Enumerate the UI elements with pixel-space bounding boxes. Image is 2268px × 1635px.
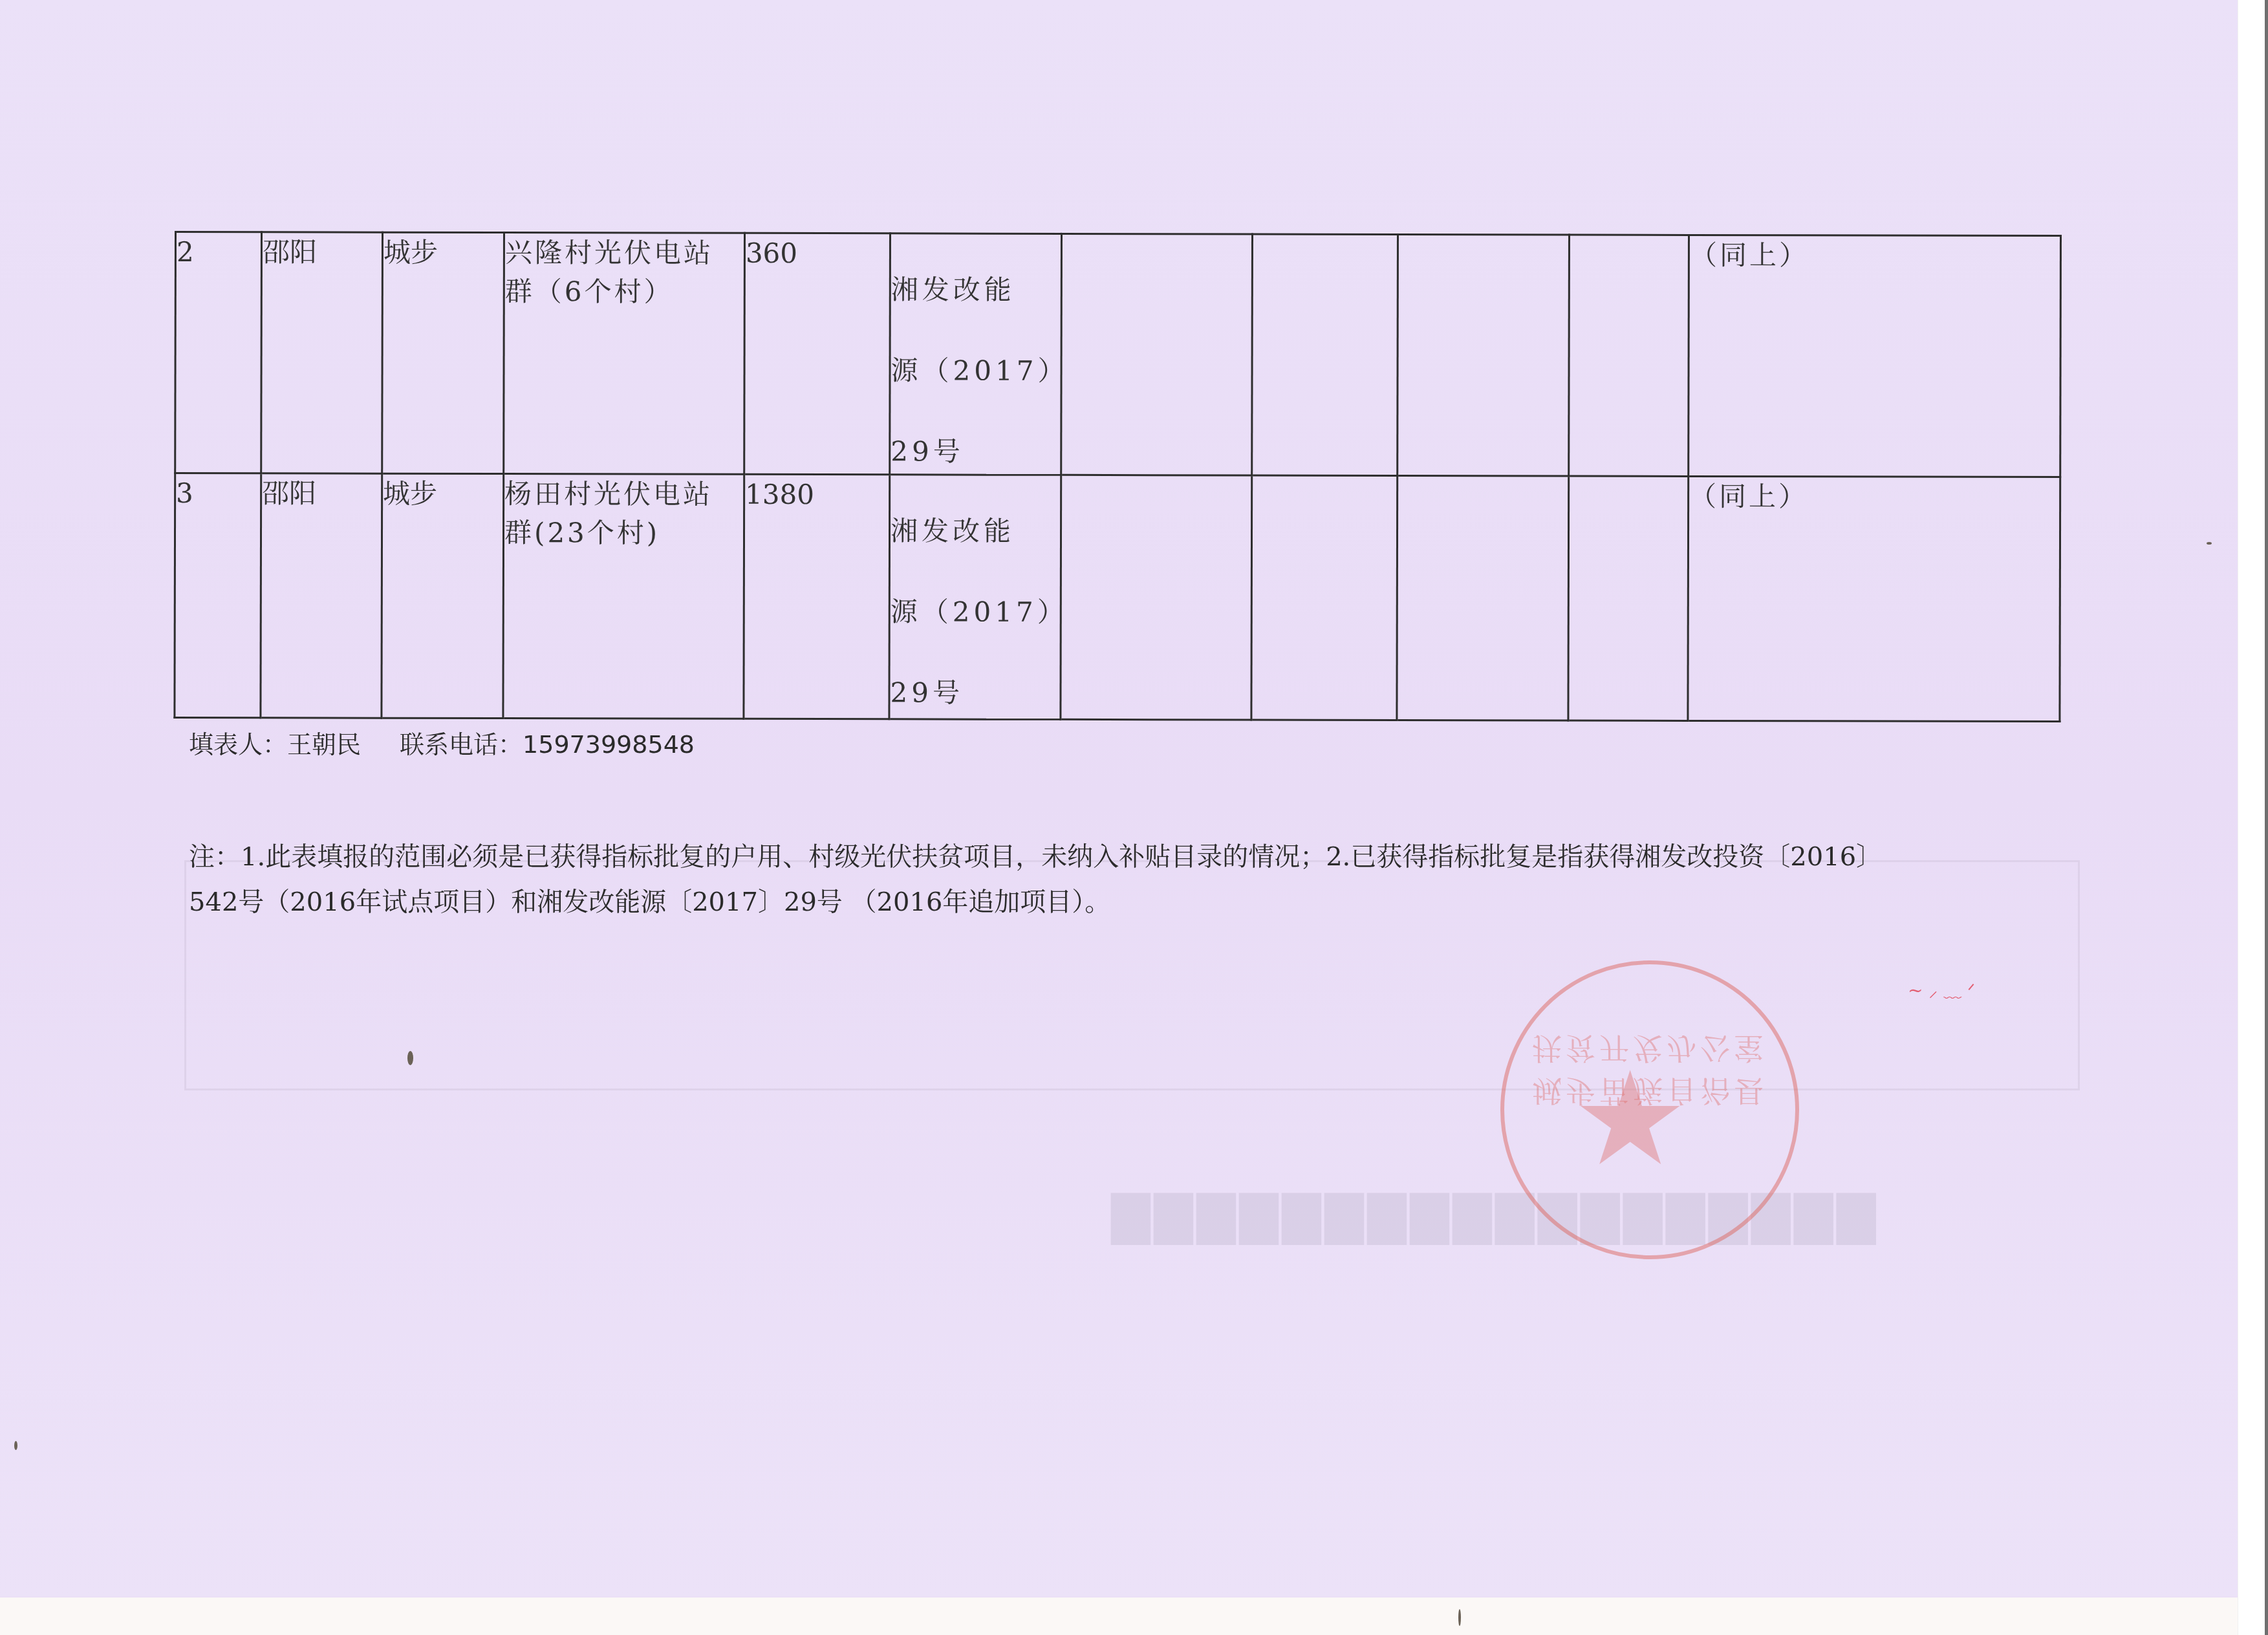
- cell-no: 3: [175, 473, 261, 718]
- cell-empty: [1251, 475, 1398, 720]
- projects-table: 2 邵阳 城步 兴隆村光伏电站 群（6个村） 360 湘发改能 源（2017） …: [173, 231, 2062, 722]
- approval-doc-line: 湘发改能: [891, 512, 1060, 551]
- project-name-line: 群（6个村）: [505, 272, 744, 312]
- cell-remark: （同上）: [1688, 476, 2060, 721]
- cell-empty: [1398, 234, 1570, 476]
- cell-empty: [1252, 234, 1398, 475]
- cell-project-name: 杨田村光伏电站 群(23个村): [503, 474, 744, 719]
- scan-speck: [407, 1051, 413, 1065]
- cell-project-name: 兴隆村光伏电站 群（6个村）: [504, 233, 745, 475]
- cell-no: 2: [175, 232, 262, 473]
- cell-empty: [1061, 475, 1252, 720]
- footnote: 注：1.此表填报的范围必须是已获得指标批复的户用、村级光伏扶贫项目，未纳入补贴目…: [189, 834, 2064, 925]
- scan-speck: [2207, 542, 2212, 545]
- project-name-line: 群(23个村): [504, 514, 743, 553]
- approval-doc-line: 源（2017）: [891, 592, 1060, 632]
- cell-empty: [1061, 233, 1253, 475]
- cell-town: 城步: [382, 473, 504, 718]
- cell-empty: [1569, 235, 1689, 476]
- scan-margin-bottom: [0, 1597, 2238, 1635]
- cell-remark: （同上）: [1689, 235, 2061, 477]
- phone-label: 联系电话：: [400, 730, 523, 759]
- cell-capacity: 1380: [744, 474, 890, 719]
- project-name-line: 杨田村光伏电站: [504, 475, 743, 514]
- cell-approval-doc: 湘发改能 源（2017） 29号: [890, 233, 1062, 475]
- table-row: 3 邵阳 城步 杨田村光伏电站 群(23个村) 1380 湘发改能 源（2017…: [175, 473, 2060, 722]
- approval-doc-line: 源（2017）: [891, 351, 1060, 391]
- cell-empty: [1568, 476, 1689, 720]
- table-row: 2 邵阳 城步 兴隆村光伏电站 群（6个村） 360 湘发改能 源（2017） …: [175, 232, 2061, 477]
- red-ink-mark: ~ ⸝ ﹏ ᐟ: [1908, 977, 2037, 1015]
- cell-town: 城步: [382, 232, 504, 473]
- official-seal: 城步苗族自治县扶贫开发办公室 ★: [1500, 960, 1799, 1259]
- scan-margin-right: [2238, 0, 2268, 1635]
- cell-approval-doc: 湘发改能 源（2017） 29号: [889, 475, 1061, 720]
- project-name-line: 兴隆村光伏电站: [505, 233, 744, 273]
- footnote-line-1: 注：1.此表填报的范围必须是已获得指标批复的户用、村级光伏扶贫项目，未纳入补贴目…: [189, 834, 2064, 880]
- footnote-line-2: 542号（2016年试点项目）和湘发改能源〔2017〕29号 （2016年追加项…: [189, 880, 2064, 925]
- filler-label: 填表人：: [189, 730, 287, 759]
- cell-city: 邵阳: [261, 232, 383, 473]
- cell-empty: [1397, 475, 1569, 720]
- phone-number: 15973998548: [523, 730, 695, 759]
- approval-doc-line: 湘发改能: [891, 270, 1061, 310]
- form-filler-line: 填表人：王朝民联系电话：15973998548: [189, 724, 695, 760]
- approval-doc-line: 29号: [890, 673, 1059, 713]
- scan-speck: [1458, 1609, 1461, 1626]
- cell-city: 邵阳: [261, 473, 382, 718]
- star-icon: ★: [1572, 1055, 1688, 1184]
- scan-speck: [14, 1441, 17, 1450]
- cell-capacity: 360: [744, 233, 891, 474]
- filler-name: 王朝民: [287, 730, 361, 759]
- approval-doc-line: 29号: [891, 432, 1060, 471]
